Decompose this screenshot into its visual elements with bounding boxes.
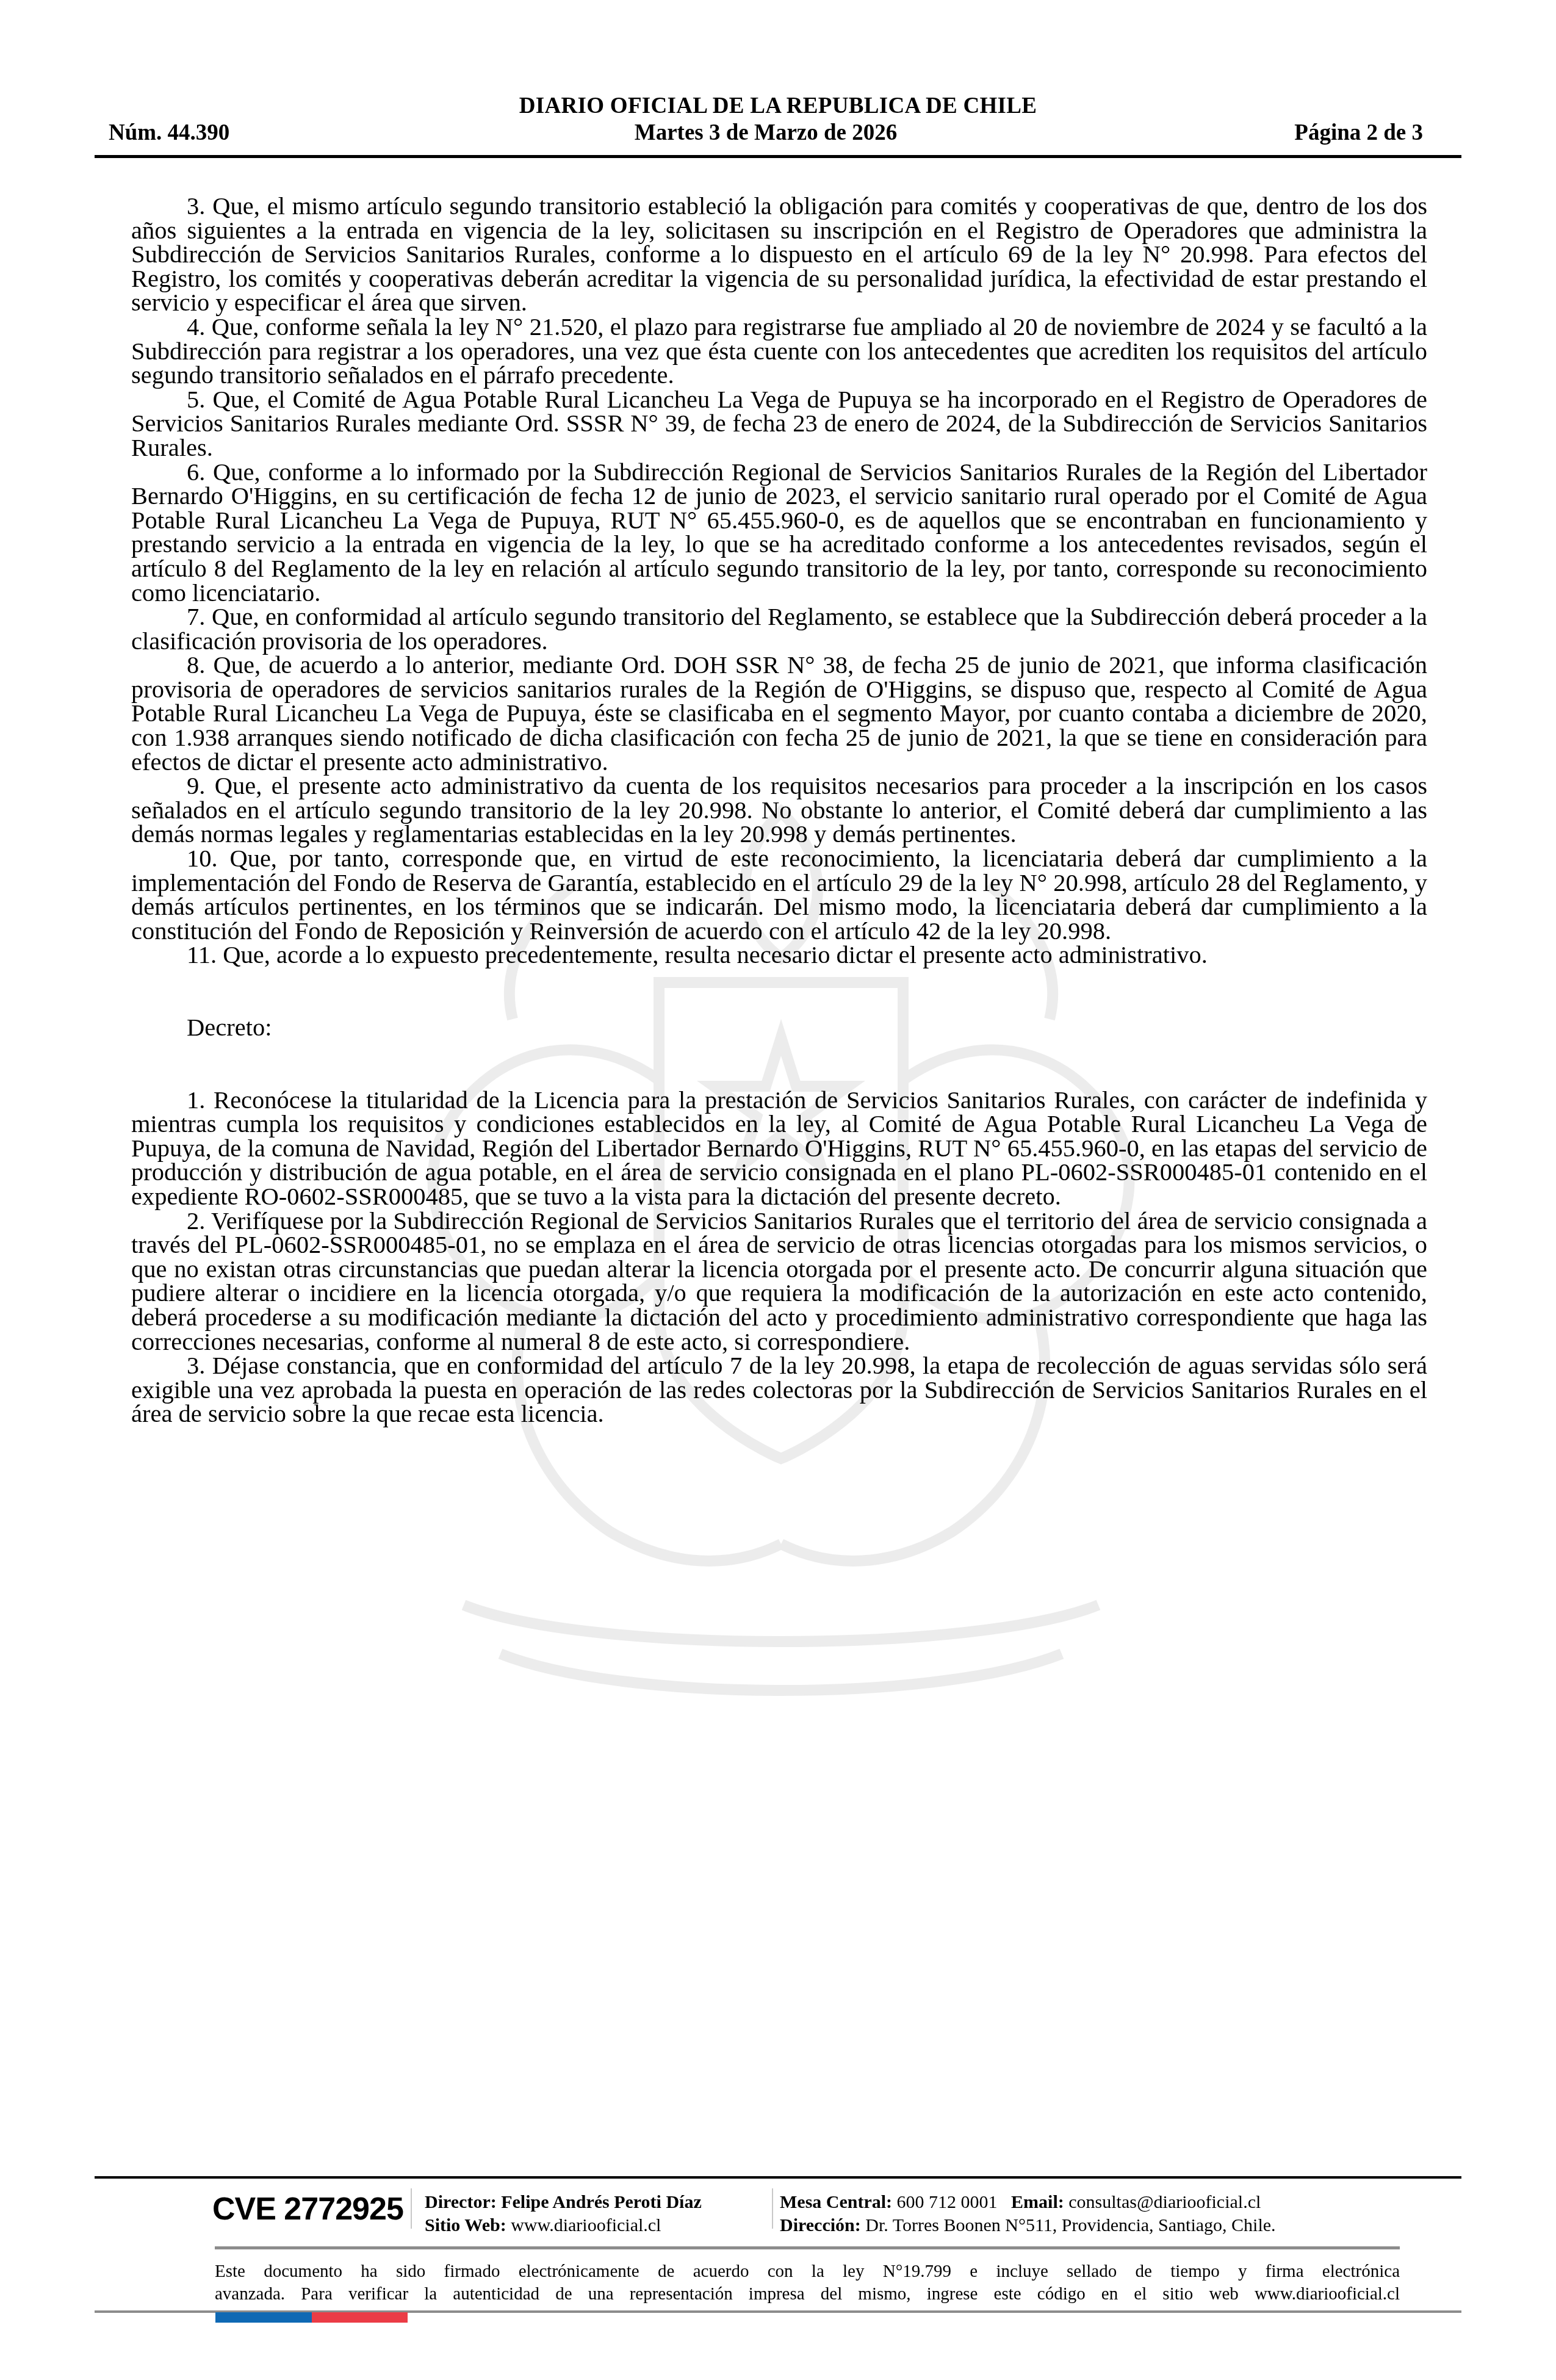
considerando-8: 8. Que, de acuerdo a lo anterior, median… [131,653,1427,774]
footer-divider-top [95,2176,1461,2179]
address-value: Dr. Torres Boonen N°511, Providencia, Sa… [865,2215,1275,2235]
signature-notice: Este documento ha sido firmado electróni… [215,2260,1400,2306]
considerando-3: 3. Que, el mismo artículo segundo transi… [131,194,1427,315]
considerando-10: 10. Que, por tanto, corresponde que, en … [131,846,1427,943]
director-label: Director: [425,2192,497,2212]
address-label: Dirección: [780,2215,861,2235]
phone-value: 600 712 0001 [897,2192,998,2212]
resolutivo-2: 2. Verifíquese por la Subdirección Regio… [131,1209,1427,1354]
header-divider [95,155,1461,158]
considerando-11: 11. Que, acorde a lo expuesto precedente… [131,943,1427,967]
footer-separator [772,2188,773,2229]
phone-label: Mesa Central: [780,2192,892,2212]
flag-bar-blue [215,2312,312,2323]
document-body: 3. Que, el mismo artículo segundo transi… [131,194,1427,1426]
considerando-7: 7. Que, en conformidad al artículo segun… [131,605,1427,653]
decreto-heading: Decreto: [131,1015,1427,1040]
website-link[interactable]: www.diariooficial.cl [511,2215,661,2235]
footer-divider-middle [215,2246,1400,2249]
cve-code: CVE 2772925 [212,2191,403,2227]
considerando-5: 5. Que, el Comité de Agua Potable Rural … [131,388,1427,460]
newspaper-title: DIARIO OFICIAL DE LA REPUBLICA DE CHILE [0,93,1556,119]
considerando-9: 9. Que, el presente acto administrativo … [131,774,1427,846]
resolutivo-1: 1. Reconócese la titularidad de la Licen… [131,1088,1427,1209]
website-label: Sitio Web: [425,2215,506,2235]
header-meta-row: Núm. 44.390 Martes 3 de Marzo de 2026 Pá… [109,120,1423,146]
signature-notice-line-2: avanzada. Para verificar la autenticidad… [215,2283,1400,2306]
email-label: Email: [1011,2192,1064,2212]
considerando-4: 4. Que, conforme señala la ley N° 21.520… [131,315,1427,388]
considerando-6: 6. Que, conforme a lo informado por la S… [131,460,1427,605]
footer-director-block: Director: Felipe Andrés Peroti Díaz Siti… [425,2191,702,2237]
issue-date: Martes 3 de Marzo de 2026 [109,120,1423,146]
director-name: Felipe Andrés Peroti Díaz [501,2192,702,2212]
resolutivo-3: 3. Déjase constancia, que en conformidad… [131,1354,1427,1426]
footer-contact-block: Mesa Central: 600 712 0001 Email: consul… [780,2191,1276,2237]
flag-bar-red [312,2312,408,2323]
signature-notice-line-1: Este documento ha sido firmado electróni… [215,2260,1400,2283]
footer-separator [411,2188,412,2229]
page-indicator: Página 2 de 3 [1294,120,1423,146]
email-link[interactable]: consultas@diariooficial.cl [1068,2192,1261,2212]
